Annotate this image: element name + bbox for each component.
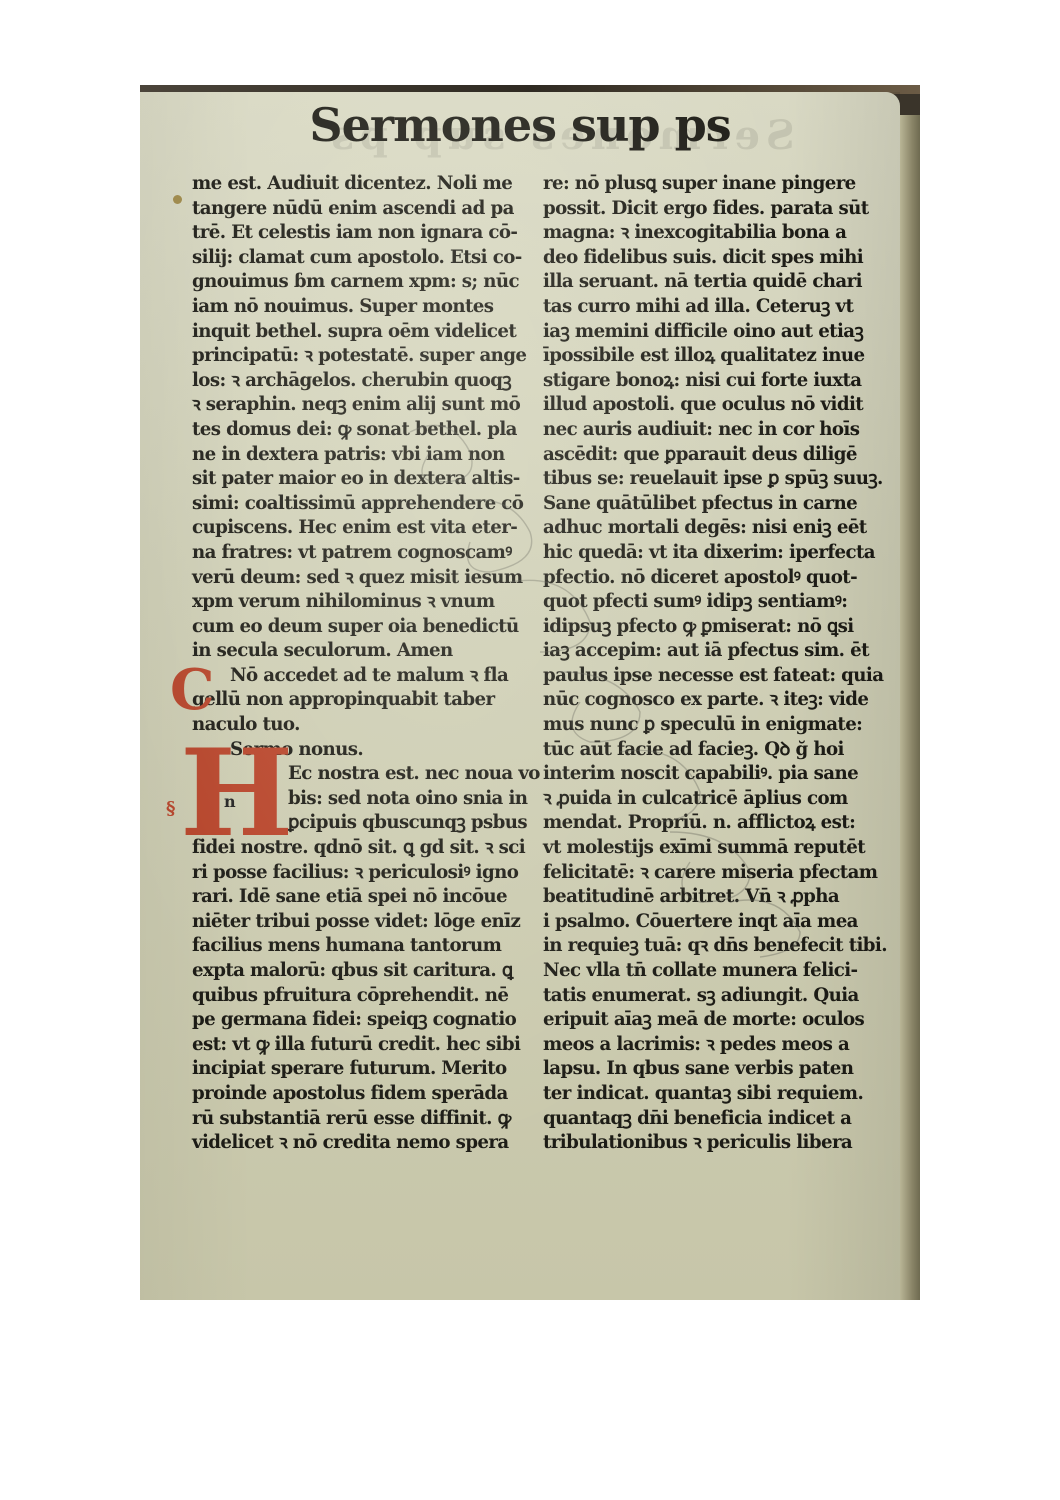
text-line: los: ꝛ archāgelos. cherubin quoqꝫ xyxy=(192,369,522,394)
right-column: re: nō plusꝗ super inane pingere possit.… xyxy=(543,172,878,1156)
text-line: eripuit aīaꝫ meā de morte: oculos xyxy=(543,1008,878,1033)
verse-line: Nō accedet ad te malum ꝛ fla xyxy=(192,664,522,689)
text-line: i psalmo. Cōuertere inqt aīa mea xyxy=(543,910,878,935)
text-line: tatis enumerat. sꝫ adiungit. Quia xyxy=(543,984,878,1009)
text-line: quot pfecti sumꝰ idipꝫ sentiamꝰ: xyxy=(543,590,878,615)
running-head: Sermones sup ps xyxy=(140,98,900,152)
guide-letter: n xyxy=(224,792,236,811)
rubricated-initial-c: C xyxy=(170,662,215,718)
text-line: interim noscit capabiliꝰ. pia sane xyxy=(543,762,878,787)
text-line: nūc cognosco ex parte. ꝛ iteꝫ: vide xyxy=(543,688,878,713)
text-line: in secula seculorum. Amen xyxy=(192,639,522,664)
text-line: tas curro mihi ad illa. Ceteruꝫ vt xyxy=(543,295,878,320)
text-line: iaꝫ accepim: aut iā pfectus sim. ēt xyxy=(543,639,878,664)
text-line: verū deum: sed ꝛ quez misit iesum xyxy=(192,566,522,591)
sermon-line: expta malorū: qbus sit caritura. ꝗ xyxy=(192,959,522,984)
text-line: cum eo deum super oia benedictū xyxy=(192,615,522,640)
text-line: sit pater maior eo in dextera altis- xyxy=(192,467,522,492)
text-line: ter indicat. quantaꝫ sibi requiem. xyxy=(543,1082,878,1107)
text-line: īpossibile est illoꝝ qualitatez inue xyxy=(543,344,878,369)
text-line: magna: ꝛ inexcogitabilia bona a xyxy=(543,221,878,246)
text-line: ꝛ ꝓuida in culcatricē āplius com xyxy=(543,787,878,812)
text-line: iam nō nouimus. Super montes xyxy=(192,295,522,320)
text-line: illud apostoli. que oculus nō vidit xyxy=(543,393,878,418)
text-line: illa seruant. nā tertia quidē chari xyxy=(543,270,878,295)
sermon-line: pe germana fidei: speiqꝫ cognatio xyxy=(192,1008,522,1033)
text-line: ne in dextera patris: vbi iam non xyxy=(192,443,522,468)
text-line: adhuc mortali degēs: nisi eniꝫ eēt xyxy=(543,516,878,541)
sermon-line: rari. Idē sane etiā spei nō incōue xyxy=(192,885,522,910)
text-line: tūc aūt facie ad facieꝫ. Qꝺ ğ hoi xyxy=(543,738,878,763)
left-column: me est. Audiuit dicentez. Noli me tanger… xyxy=(192,172,522,1156)
text-line: silij: clamat cum apostolo. Etsi co- xyxy=(192,246,522,271)
text-line: deo fidelibus suis. dicit spes mihi xyxy=(543,246,878,271)
text-line: me est. Audiuit dicentez. Noli me xyxy=(192,172,522,197)
text-line: Sane quātūlibet pfectus in carne xyxy=(543,492,878,517)
text-line: tribulationibus ꝛ periculis libera xyxy=(543,1131,878,1156)
verse-line: gellū non appropinquabit taber xyxy=(192,688,522,713)
rubricated-initial-h: H xyxy=(180,734,293,854)
ink-spot xyxy=(173,195,182,204)
text-line: in requieꝫ tuā: qꝛ dn̄s benefecit tibi. xyxy=(543,934,878,959)
text-line: quantaqꝫ dn̄i beneficia indicet a xyxy=(543,1107,878,1132)
text-line: iaꝫ memini difficile oino aut etiaꝫ xyxy=(543,320,878,345)
red-flourish-icon: § xyxy=(166,798,175,819)
text-line: inquit bethel. supra oēm videlicet xyxy=(192,320,522,345)
sermon-line: videlicet ꝛ nō credita nemo spera xyxy=(192,1131,522,1156)
text-line: mus nunc ꝑ speculū in enigmate: xyxy=(543,713,878,738)
text-line: tangere nūdū enim ascendi ad pa xyxy=(192,197,522,222)
text-line: hic quedā: vt ita dixerim: iperfecta xyxy=(543,541,878,566)
sermon-line: ri posse facilius: ꝛ periculosiꝰ igno xyxy=(192,861,522,886)
text-line: tes domus dei: ꝙ sonat bethel. pla xyxy=(192,418,522,443)
text-line: idipsuꝫ pfecto ꝙ ꝑmiserat: nō ꝗsi xyxy=(543,615,878,640)
sermon-line: niēter tribui posse videt: lōge enīz xyxy=(192,910,522,935)
text-line: ꝛ seraphin. neqꝫ enim alij sunt mō xyxy=(192,393,522,418)
text-line: simi: coaltissimū apprehendere cō xyxy=(192,492,522,517)
text-line: principatū: ꝛ potestatē. super ange xyxy=(192,344,522,369)
text-line: possit. Dicit ergo fides. parata sūt xyxy=(543,197,878,222)
text-line: vt molestijs exīmi summā reputēt xyxy=(543,836,878,861)
sermon-line: proinde apostolus fidem sperāda xyxy=(192,1082,522,1107)
text-line: beatitudinē arbitret. Vn̄ ꝛ ꝓpha xyxy=(543,885,878,910)
sermon-line: incipiat sperare futurum. Merito xyxy=(192,1057,522,1082)
text-line: re: nō plusꝗ super inane pingere xyxy=(543,172,878,197)
text-line: paulus ipse necesse est fateat: quia xyxy=(543,664,878,689)
text-line: pfectio. nō diceret apostolꝰ quot- xyxy=(543,566,878,591)
text-line: Nec vlla tn̄ collate munera felici- xyxy=(543,959,878,984)
page-fore-edge xyxy=(900,115,920,1300)
text-line: stigare bonoꝝ: nisi cui forte iuxta xyxy=(543,369,878,394)
sermon-line: quibus pfruitura cōprehendit. nē xyxy=(192,984,522,1009)
text-line: cupiscens. Hec enim est vita eter- xyxy=(192,516,522,541)
text-line: xpm verum nihilominus ꝛ vnum xyxy=(192,590,522,615)
sermon-line: facilius mens humana tantorum xyxy=(192,934,522,959)
text-line: nec auris audiuit: nec in cor hoīs xyxy=(543,418,878,443)
text-line: meos a lacrimis: ꝛ pedes meos a xyxy=(543,1033,878,1058)
sermon-line: rū substantiā rerū esse diffinit. ꝙ xyxy=(192,1107,522,1132)
text-line: ascēdit: que ꝑparauit deus diligē xyxy=(543,443,878,468)
text-line: trē. Et celestis iam non ignara cō- xyxy=(192,221,522,246)
text-line: tibus se: reuelauit ipse ꝑ spūꝫ suuꝫ. xyxy=(543,467,878,492)
text-line: lapsu. In qbus sane verbis paten xyxy=(543,1057,878,1082)
manuscript-photo: Sermones sup ps Sermones sup ps me est. … xyxy=(140,85,920,1300)
text-line: gnouimus ɓm carnem xpm: s; nūc xyxy=(192,270,522,295)
text-line: mendat. Propriū. n. afflictoꝝ est: xyxy=(543,811,878,836)
text-line: na fratres: vt patrem cognoscamꝰ xyxy=(192,541,522,566)
incunable-page: Sermones sup ps Sermones sup ps me est. … xyxy=(140,92,900,1300)
text-line: felicitatē: ꝛ carere miseria pfectam xyxy=(543,861,878,886)
sermon-line: est: vt ꝙ illa futurū credit. hec sibi xyxy=(192,1033,522,1058)
